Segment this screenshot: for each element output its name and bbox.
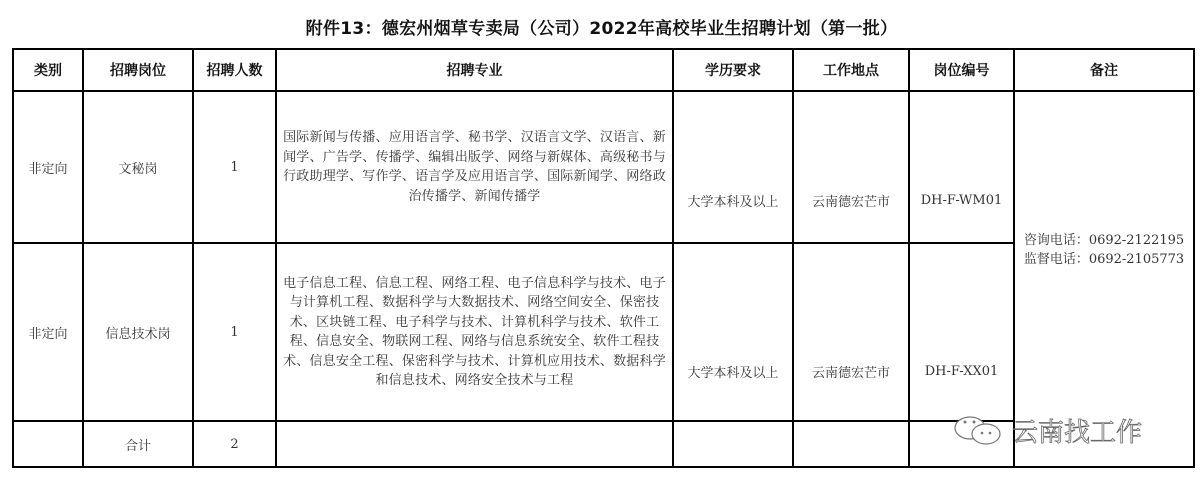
cell-code: DH-F-XX01: [909, 243, 1014, 421]
cell-count: 1: [193, 91, 276, 243]
header-category: 类别: [13, 49, 83, 91]
header-education: 学历要求: [673, 49, 793, 91]
table-row: 非定向 文秘岗 1 国际新闻与传播、应用语言学、秘书学、汉语言文学、汉语言、新闻…: [13, 91, 1194, 243]
cell-education: 大学本科及以上: [673, 243, 793, 421]
cell-empty: [276, 421, 673, 467]
table-header-row: 类别 招聘岗位 招聘人数 招聘专业 学历要求 工作地点 岗位编号 备注: [13, 49, 1194, 91]
cell-education: 大学本科及以上: [673, 91, 793, 243]
cell-majors: 国际新闻与传播、应用语言学、秘书学、汉语言文学、汉语言、新闻学、广告学、传播学、…: [276, 91, 673, 243]
cell-total-label: 合计: [83, 421, 193, 467]
cell-majors: 电子信息工程、信息工程、网络工程、电子信息科学与技术、电子与计算机工程、数据科学…: [276, 243, 673, 421]
cell-location: 云南德宏芒市: [793, 91, 909, 243]
location-text: 云南德宏芒市: [794, 362, 908, 381]
header-majors: 招聘专业: [276, 49, 673, 91]
code-text: DH-F-WM01: [910, 193, 1013, 208]
supervise-phone: 监督电话：0692-2105773: [1015, 250, 1193, 269]
cell-remark: 咨询电话：0692-2122195 监督电话：0692-2105773: [1014, 91, 1194, 467]
header-code: 岗位编号: [909, 49, 1014, 91]
header-position: 招聘岗位: [83, 49, 193, 91]
consult-phone: 咨询电话：0692-2122195: [1015, 231, 1193, 250]
education-text: 大学本科及以上: [674, 191, 792, 210]
cell-category: 非定向: [13, 91, 83, 243]
code-text: DH-F-XX01: [910, 364, 1013, 379]
cell-category: 非定向: [13, 243, 83, 421]
cell-position: 文秘岗: [83, 91, 193, 243]
cell-total-empty: [13, 421, 83, 467]
cell-empty: [793, 421, 909, 467]
cell-count: 1: [193, 243, 276, 421]
cell-location: 云南德宏芒市: [793, 243, 909, 421]
document-title: 附件13：德宏州烟草专卖局（公司）2022年高校毕业生招聘计划（第一批）: [0, 14, 1203, 39]
header-location: 工作地点: [793, 49, 909, 91]
recruitment-plan-table: 类别 招聘岗位 招聘人数 招聘专业 学历要求 工作地点 岗位编号 备注 非定向 …: [12, 48, 1195, 468]
cell-position: 信息技术岗: [83, 243, 193, 421]
cell-total-count: 2: [193, 421, 276, 467]
cell-code: DH-F-WM01: [909, 91, 1014, 243]
header-remark: 备注: [1014, 49, 1194, 91]
cell-empty: [673, 421, 793, 467]
cell-empty: [909, 421, 1014, 467]
education-text: 大学本科及以上: [674, 362, 792, 381]
header-count: 招聘人数: [193, 49, 276, 91]
location-text: 云南德宏芒市: [794, 191, 908, 210]
